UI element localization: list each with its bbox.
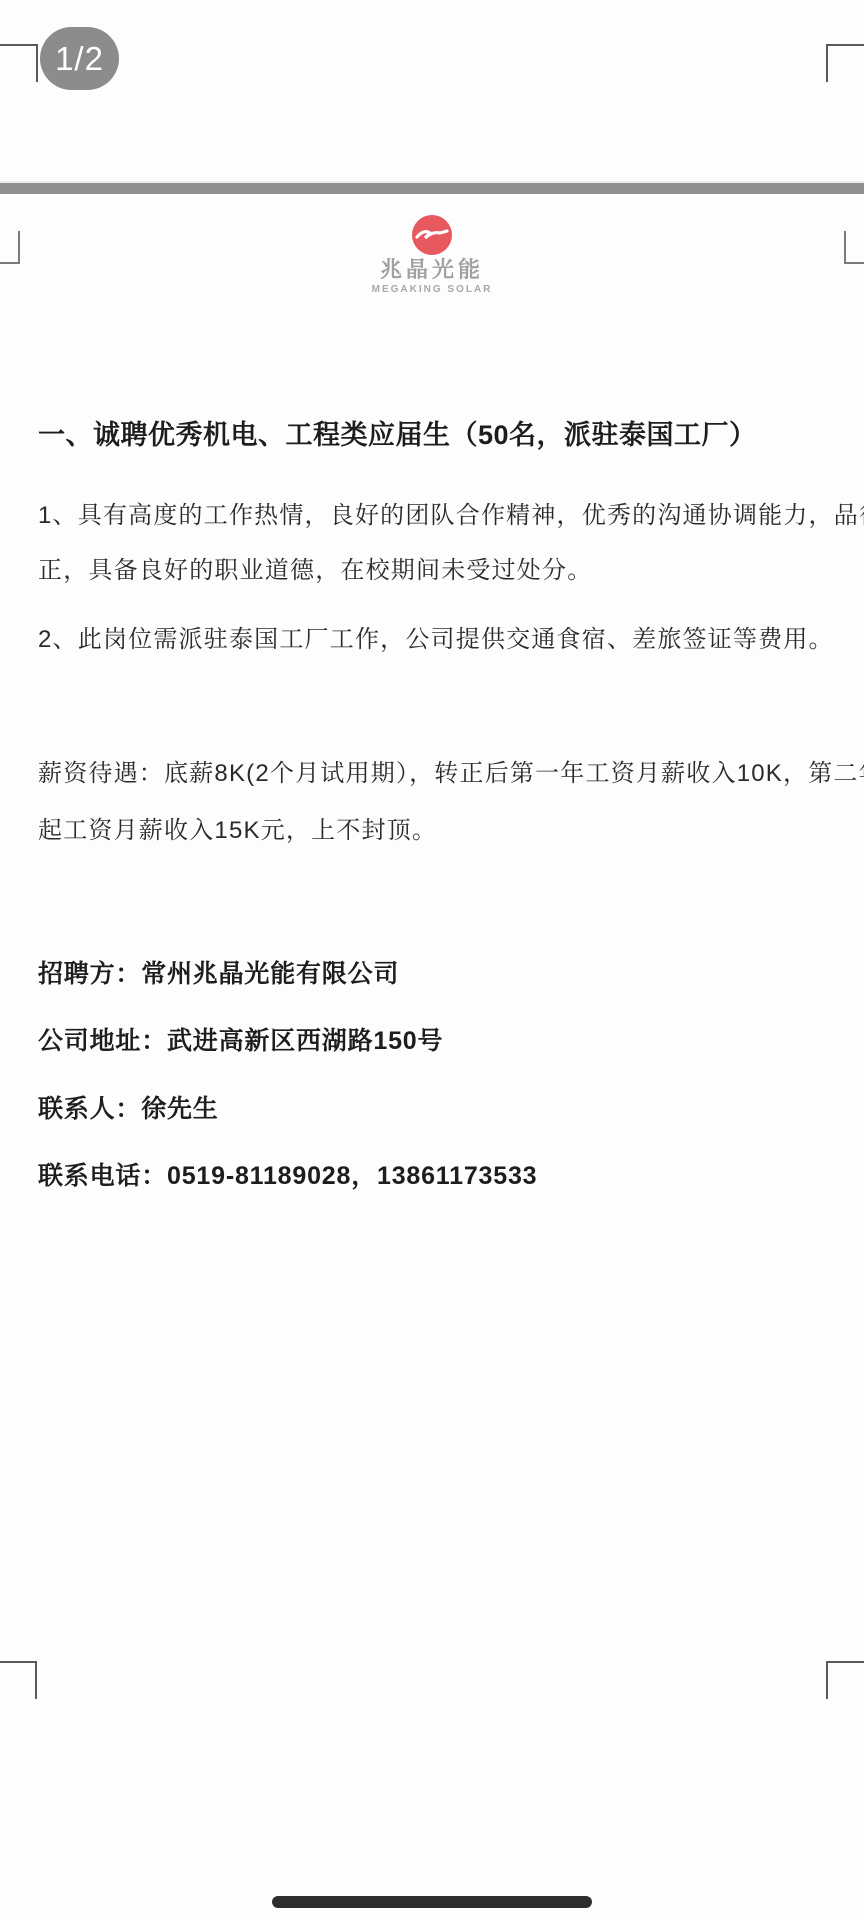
company-logo: 兆晶光能 MEGAKING SOLAR [0,214,864,296]
page-indicator-label: 1/2 [55,40,104,78]
contact-recruiter: 招聘方：常州兆晶光能有限公司 [38,957,399,992]
logo-name-en: MEGAKING SOLAR [0,283,864,296]
bottom-left-corner-mark [0,1661,37,1699]
top-right-corner-mark [826,44,864,82]
requirement-1-line-2: 正，具备良好的职业道德，在校期间未受过处分。 [38,554,592,588]
page-separator-bar [0,181,864,194]
requirement-1-line-1: 1、具有高度的工作热情，良好的团队合作精神，优秀的沟通协调能力，品行端 [38,499,864,533]
requirement-2: 2、此岗位需派驻泰国工厂工作，公司提供交通食宿、差旅签证等费用。 [38,623,834,657]
top-left-corner-mark [0,44,38,82]
logo-swoosh-icon [411,214,453,256]
contact-address: 公司地址：武进高新区西湖路150号 [38,1024,443,1059]
bottom-right-corner-mark [826,1661,864,1699]
image-viewer-screen: 1/2 兆晶光能 MEGAKING SOLAR 一、诚聘优秀机电、工程类应届生（… [0,0,864,1920]
logo-name-cn: 兆晶光能 [0,257,864,283]
salary-line-2: 起工资月薪收入15K元，上不封顶。 [38,814,437,848]
contact-person: 联系人：徐先生 [38,1092,219,1127]
page-indicator-badge: 1/2 [40,27,119,90]
contact-phone: 联系电话：0519-81189028，13861173533 [38,1159,537,1194]
salary-line-1: 薪资待遇：底薪8K(2个月试用期），转正后第一年工资月薪收入10K，第二年 [38,757,864,791]
home-indicator[interactable] [272,1896,592,1908]
job-heading: 一、诚聘优秀机电、工程类应届生（50名，派驻泰国工厂） [38,417,757,453]
